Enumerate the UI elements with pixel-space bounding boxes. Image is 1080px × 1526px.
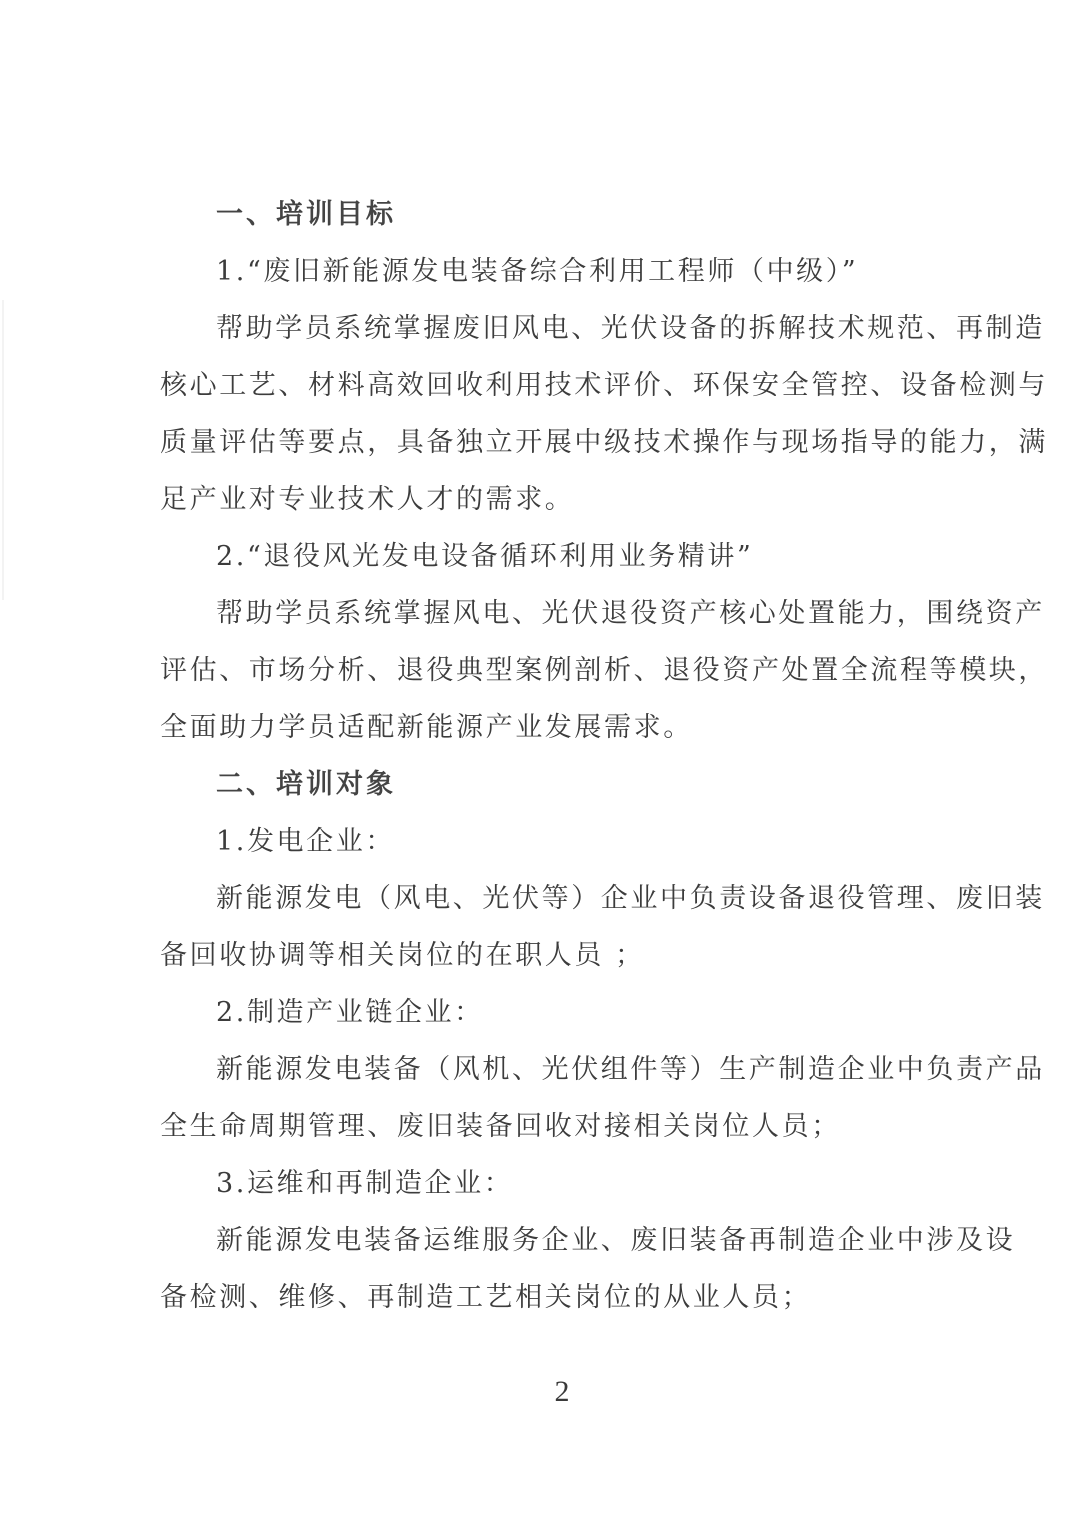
paragraph-line: 质量评估等要点，具备独立开展中级技术操作与现场指导的能力，满 [160,414,960,471]
item-title: 2.“退役风光发电设备循环利用业务精讲” [160,528,960,585]
target-item-1: 1.发电企业： 新能源发电（风电、光伏等）企业中负责设备退役管理、废旧装 备回收… [160,813,960,984]
item-paragraph: 新能源发电（风电、光伏等）企业中负责设备退役管理、废旧装 备回收协调等相关岗位的… [160,870,960,984]
item-paragraph: 新能源发电装备（风机、光伏组件等）生产制造企业中负责产品 全生命周期管理、废旧装… [160,1041,960,1155]
page-number: 2 [0,1375,1080,1409]
target-item-2: 2.制造产业链企业： 新能源发电装备（风机、光伏组件等）生产制造企业中负责产品 … [160,984,960,1155]
section-heading: 一、培训目标 [160,186,960,243]
paragraph-line: 备回收协调等相关岗位的在职人员 ； [160,927,960,984]
item-paragraph: 帮助学员系统掌握废旧风电、光伏设备的拆解技术规范、再制造 核心工艺、材料高效回收… [160,300,960,528]
section-heading: 二、培训对象 [160,756,960,813]
paragraph-line: 评估、市场分析、退役典型案例剖析、退役资产处置全流程等模块， [160,642,960,699]
paragraph-line: 全面助力学员适配新能源产业发展需求。 [160,699,960,756]
paragraph-line: 帮助学员系统掌握风电、光伏退役资产核心处置能力，围绕资产 [160,585,960,642]
item-title: 2.制造产业链企业： [160,984,960,1041]
item-paragraph: 新能源发电装备运维服务企业、废旧装备再制造企业中涉及设 备检测、维修、再制造工艺… [160,1212,960,1326]
scan-edge-shadow [2,300,4,600]
section-training-goals: 一、培训目标 1.“废旧新能源发电装备综合利用工程师（中级）” 帮助学员系统掌握… [160,186,960,756]
item-title: 1.“废旧新能源发电装备综合利用工程师（中级）” [160,243,960,300]
document-page: 一、培训目标 1.“废旧新能源发电装备综合利用工程师（中级）” 帮助学员系统掌握… [0,0,1080,1526]
item-title: 3.运维和再制造企业： [160,1155,960,1212]
paragraph-line: 全生命周期管理、废旧装备回收对接相关岗位人员； [160,1098,960,1155]
item-title: 1.发电企业： [160,813,960,870]
section-training-targets: 二、培训对象 1.发电企业： 新能源发电（风电、光伏等）企业中负责设备退役管理、… [160,756,960,1326]
goal-item-2: 2.“退役风光发电设备循环利用业务精讲” 帮助学员系统掌握风电、光伏退役资产核心… [160,528,960,756]
paragraph-line: 足产业对专业技术人才的需求。 [160,471,960,528]
paragraph-line: 新能源发电装备（风机、光伏组件等）生产制造企业中负责产品 [160,1041,960,1098]
paragraph-line: 新能源发电装备运维服务企业、废旧装备再制造企业中涉及设 [160,1212,960,1269]
item-paragraph: 帮助学员系统掌握风电、光伏退役资产核心处置能力，围绕资产 评估、市场分析、退役典… [160,585,960,756]
paragraph-line: 备检测、维修、再制造工艺相关岗位的从业人员； [160,1269,960,1326]
target-item-3: 3.运维和再制造企业： 新能源发电装备运维服务企业、废旧装备再制造企业中涉及设 … [160,1155,960,1326]
paragraph-line: 新能源发电（风电、光伏等）企业中负责设备退役管理、废旧装 [160,870,960,927]
goal-item-1: 1.“废旧新能源发电装备综合利用工程师（中级）” 帮助学员系统掌握废旧风电、光伏… [160,243,960,528]
paragraph-line: 核心工艺、材料高效回收利用技术评价、环保安全管控、设备检测与 [160,357,960,414]
paragraph-line: 帮助学员系统掌握废旧风电、光伏设备的拆解技术规范、再制造 [160,300,960,357]
page-content: 一、培训目标 1.“废旧新能源发电装备综合利用工程师（中级）” 帮助学员系统掌握… [160,186,960,1326]
